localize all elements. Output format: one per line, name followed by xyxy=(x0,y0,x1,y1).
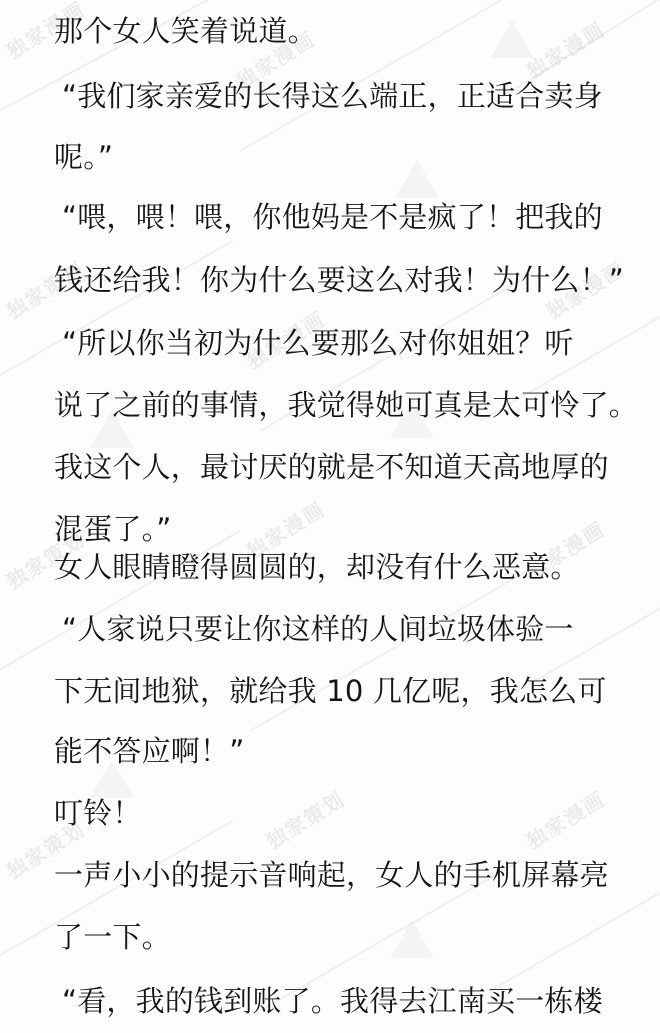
text-line: “看，我的钱到账了。我得去江南买一栋楼 xyxy=(62,984,603,1018)
text-line: 说了之前的事情，我觉得她可真是太可怜了。 xyxy=(54,388,638,422)
text-line: 女人眼睛瞪得圆圆的，却没有什么恶意。 xyxy=(54,550,580,584)
text-line: 了一下。 xyxy=(54,920,171,954)
text-line: “人家说只要让你这样的人间垃圾体验一 xyxy=(62,612,574,646)
text-line: 能不答应啊！” xyxy=(54,734,244,768)
text-line: 钱还给我！你为什么要这么对我！为什么！” xyxy=(54,263,624,297)
text-line: 叮铃！ xyxy=(54,796,142,830)
text-line: 混蛋了。” xyxy=(54,512,172,546)
text-line: “喂，喂！喂，你他妈是不是疯了！把我的 xyxy=(62,200,603,234)
text-line: 一声小小的提示音响起，女人的手机屏幕亮 xyxy=(54,858,609,892)
text-line: 下无间地狱，就给我 10 几亿呢，我怎么可 xyxy=(54,674,607,708)
text-line: “所以你当初为什么要那么对你姐姐？听 xyxy=(62,326,574,360)
text-line: 那个女人笑着说道。 xyxy=(54,14,317,48)
text-line: 我这个人，最讨厌的就是不知道天高地厚的 xyxy=(54,450,609,484)
text-line: “我们家亲爱的长得这么端正，正适合卖身 xyxy=(62,79,603,113)
text-line: 呢。” xyxy=(54,140,113,174)
